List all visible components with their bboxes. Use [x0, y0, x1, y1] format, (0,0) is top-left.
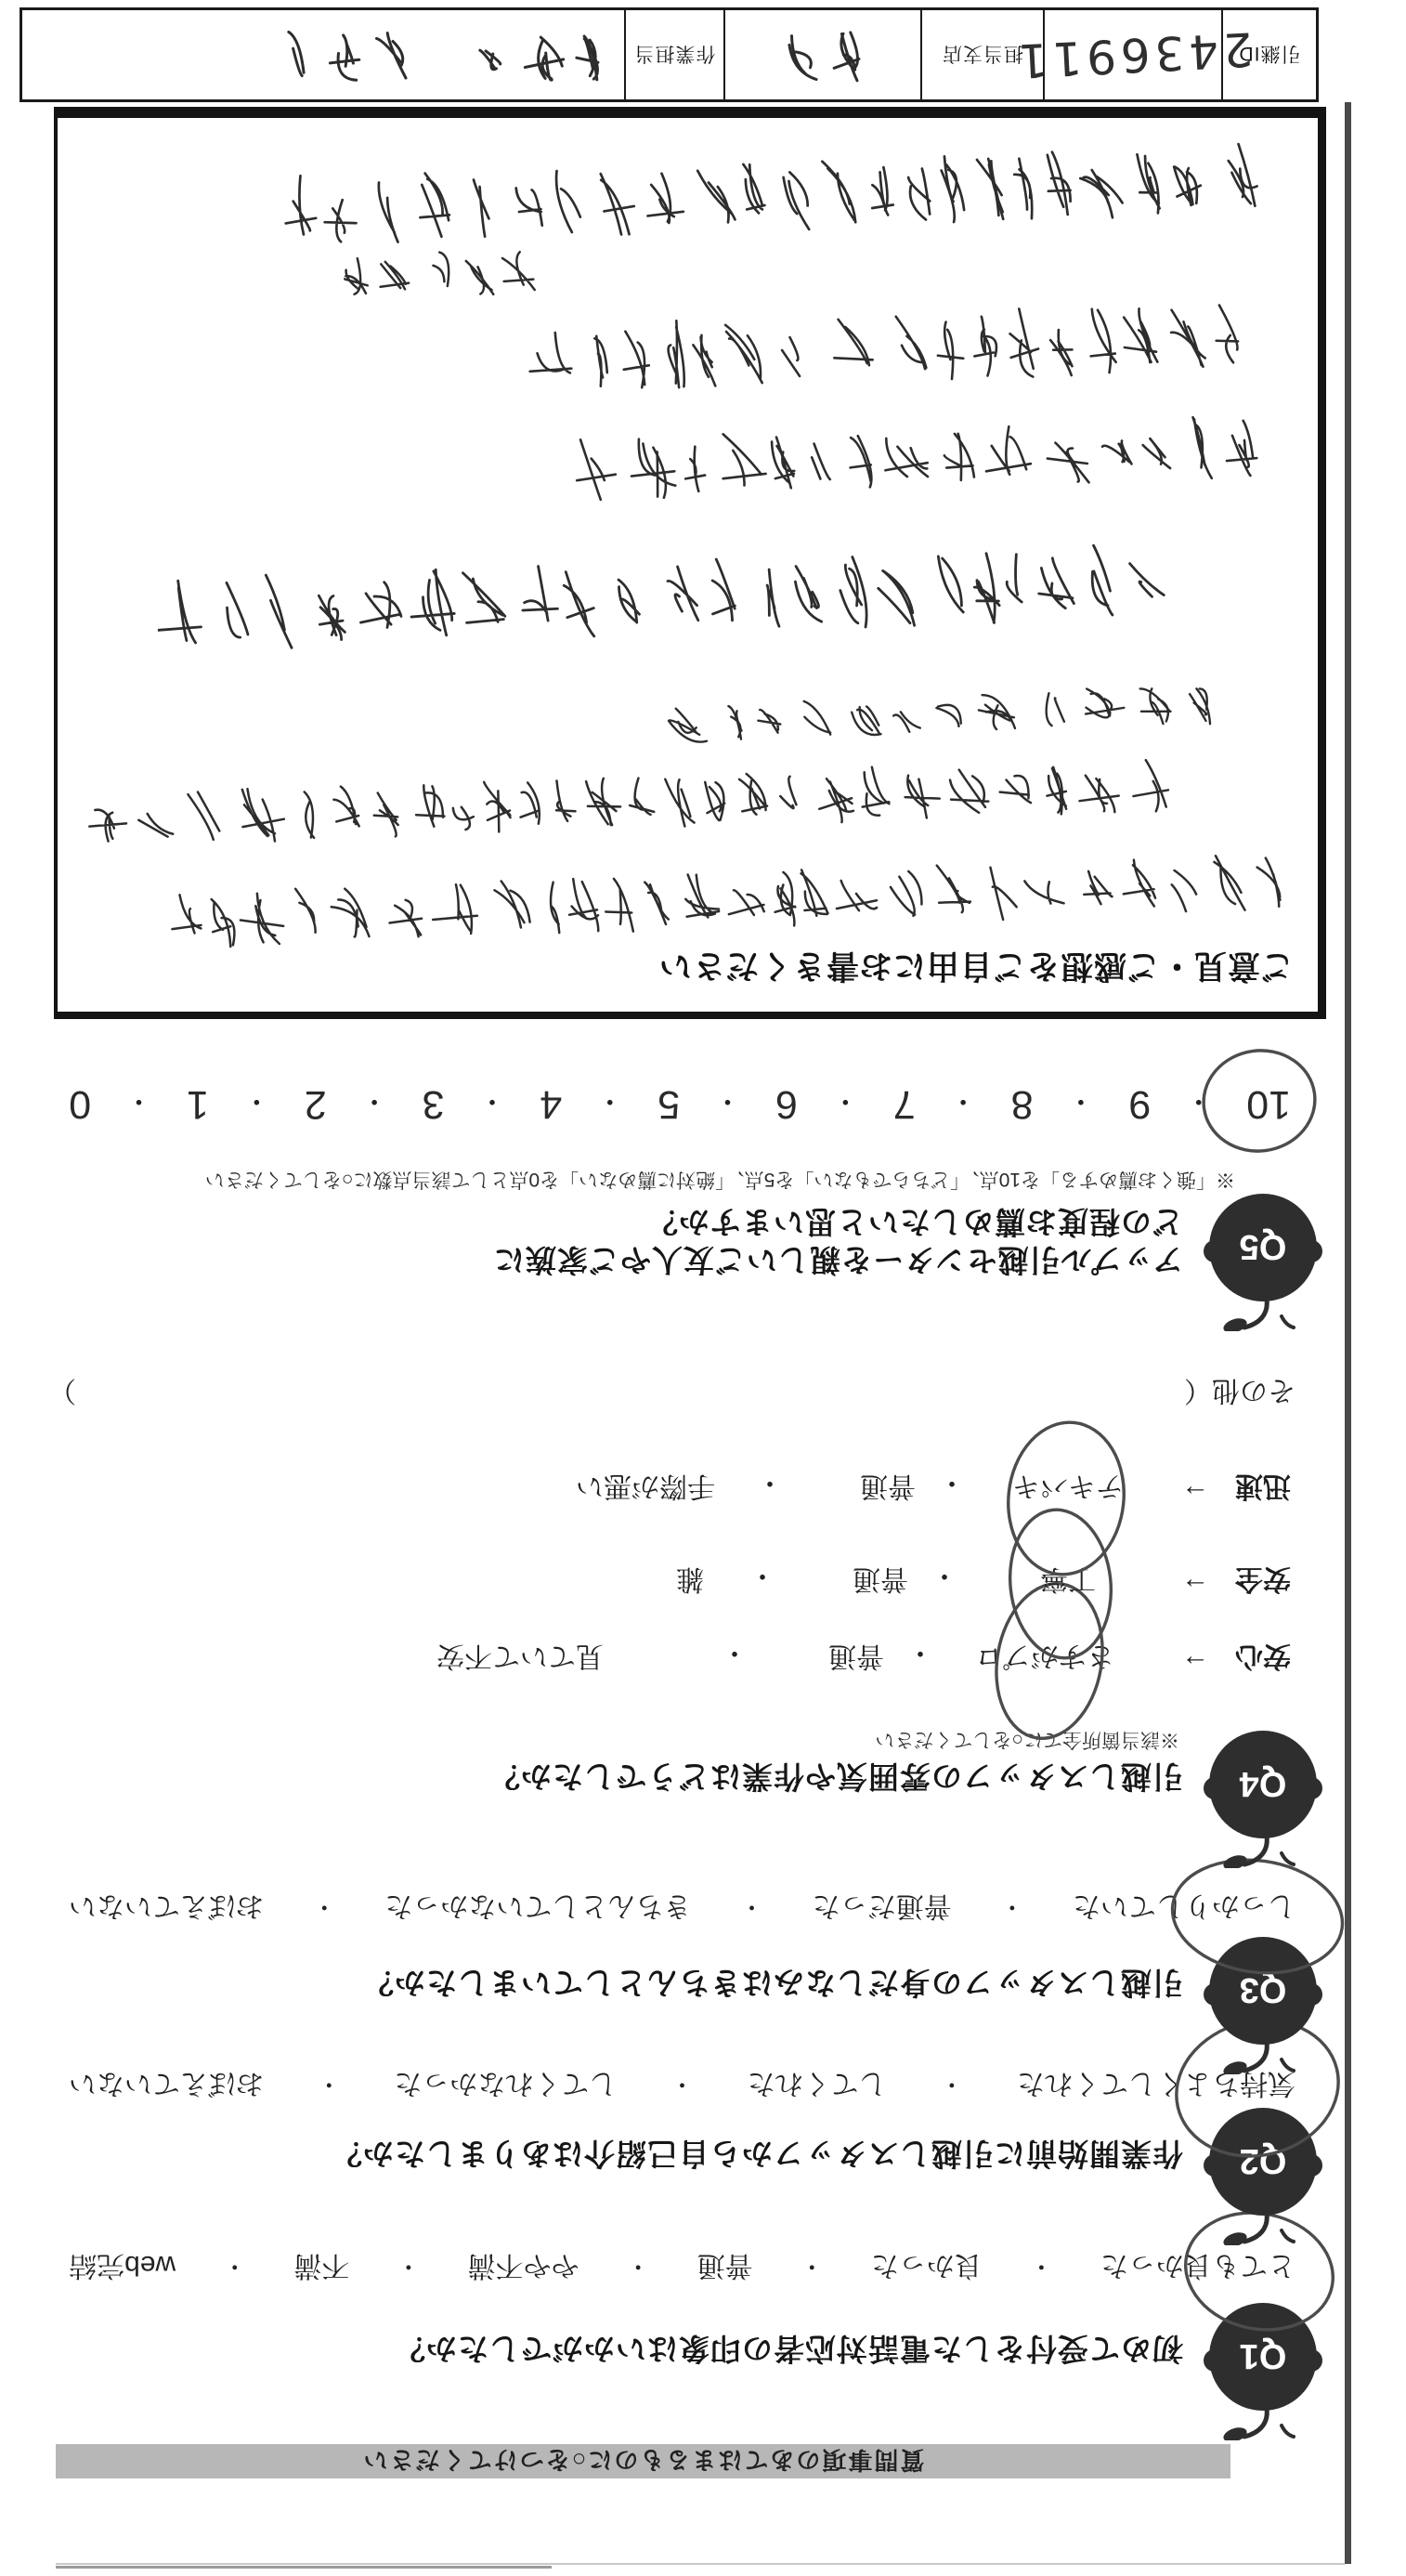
arrow-icon: → — [1181, 1648, 1209, 1680]
scale-value: 4 — [540, 1081, 562, 1127]
option-separator: ・ — [223, 2252, 247, 2286]
branch-label: 担当支店 — [942, 41, 1023, 69]
option-separator: ・ — [800, 2252, 824, 2286]
scale-separator: ・ — [125, 1084, 153, 1125]
scale-value: 3 — [423, 1081, 445, 1127]
option-separator: ・ — [1000, 1892, 1024, 1927]
q5-badge-label: Q5 — [1240, 1227, 1287, 1266]
comment-box-header: ご意見・ご感想をご自由にお書きください — [658, 945, 1294, 991]
branch-handwritten-value — [781, 18, 865, 93]
q3-option: 普通だった — [813, 1889, 952, 1929]
q4-row2-option: 雑 — [676, 1562, 704, 1602]
option-separator: ・ — [1029, 2252, 1053, 2286]
staff-table-value-branch — [723, 10, 920, 99]
arrow-icon: → — [1181, 1571, 1209, 1602]
sprout-icon — [1244, 2409, 1267, 2437]
scale-separator: ・ — [949, 1084, 977, 1125]
scale-separator: ・ — [831, 1084, 859, 1125]
option-separator: ・ — [906, 1635, 934, 1676]
scale-separator: ・ — [1185, 1084, 1213, 1125]
q3-option: おぼえていない — [69, 1889, 264, 1929]
worker-label: 作業担当 — [634, 41, 716, 69]
q2-badge: Q2 — [1202, 2106, 1324, 2245]
instruction-bar: 質問事項のあてはまるものに○をつけてください — [56, 2444, 1230, 2478]
handover-id-handwritten-value: 2436911 — [1012, 21, 1254, 87]
scale-value: 8 — [1011, 1081, 1034, 1127]
option-separator: ・ — [721, 1635, 749, 1676]
q4-row3-option: 手際が悪い — [576, 1469, 715, 1510]
sprout-icon — [1244, 2214, 1267, 2242]
q4-row2-option: 丁寧 — [1040, 1562, 1096, 1602]
scale-separator: ・ — [596, 1084, 624, 1125]
option-separator: ・ — [756, 1465, 784, 1506]
q5-note: ※「強くお薦めする」を10点、「どちらでもない」を5点、「絶対に薦めない」を0点… — [205, 1167, 1235, 1195]
instruction-bar-text: 質問事項のあてはまるものに○をつけてください — [362, 2444, 925, 2478]
q2-option: してくれなかった — [394, 2066, 617, 2107]
q4-other-label: その他（ — [1184, 1373, 1295, 1414]
q1-option: やや不満 — [467, 2248, 579, 2289]
q4-badge-label: Q4 — [1240, 1764, 1287, 1803]
q2-title: 作業開始前に引越しスタッフから自己紹介はありましたか？ — [331, 2134, 1183, 2177]
q1-option: とても良かった — [1100, 2248, 1295, 2289]
q5-title-line1: アップル引越センターを親しいご友人やご家族に — [493, 1240, 1183, 1284]
q4-note: ※該当箇所全てに○をしてください — [875, 1727, 1179, 1755]
scale-value: 0 — [69, 1081, 91, 1127]
sprout-icon — [1244, 2043, 1267, 2071]
scale-separator: ・ — [242, 1084, 270, 1125]
q1-option: 普通 — [697, 2248, 753, 2289]
scale-value: 9 — [1128, 1081, 1151, 1127]
scale-value: 2 — [305, 1081, 327, 1127]
q3-options-row: しっかりしていた・ 普通だった・ きちんとしていなかった・ おぼえていない — [69, 1889, 1295, 1929]
q4-row1-option: さすがプロ — [975, 1639, 1114, 1680]
sprout-icon — [1244, 1837, 1267, 1864]
q4-row3-option: 普通 — [860, 1469, 916, 1510]
q3-badge: Q3 — [1202, 1935, 1324, 2074]
q4-badge: Q4 — [1202, 1729, 1324, 1868]
worker-handwritten-name-1 — [446, 22, 604, 88]
page-edge-shadow-top — [56, 2563, 1345, 2565]
staff-table: 引継ID 2436911 担当支店 作業担当 — [20, 7, 1319, 102]
q1-options-row: とても良かった・ 良かった・ 普通・ やや不満・ 不満・ web完結 — [69, 2248, 1295, 2289]
q4-row1-option: 普通 — [828, 1639, 884, 1680]
scale-value: 10 — [1246, 1081, 1291, 1127]
option-separator: ・ — [626, 2252, 650, 2286]
option-separator: ・ — [940, 2070, 964, 2104]
scale-value: 6 — [775, 1081, 798, 1127]
q1-option: 不満 — [293, 2248, 349, 2289]
option-separator: ・ — [749, 1558, 776, 1599]
option-separator: ・ — [397, 2252, 421, 2286]
q3-badge-label: Q3 — [1240, 1970, 1287, 2009]
q1-option: web完結 — [69, 2248, 176, 2289]
q4-row3-label: 迅速 — [1235, 1469, 1291, 1510]
page-corner-shadow — [56, 2566, 552, 2569]
survey-sheet-rotated-180: 質問事項のあてはまるものに○をつけてください Q1 初めて受付をした電話対応者の… — [0, 0, 1406, 2576]
staff-table-label-worker: 作業担当 — [624, 10, 723, 99]
q3-title: 引越しスタッフの身だしなみはきちんとしていましたか？ — [362, 1963, 1183, 2007]
q1-badge: Q1 — [1202, 2301, 1324, 2440]
option-separator: ・ — [317, 2070, 341, 2104]
option-separator: ・ — [312, 1892, 336, 1927]
q2-option: おぼえていない — [69, 2066, 264, 2107]
arrow-icon: → — [1181, 1478, 1209, 1510]
q2-badge-label: Q2 — [1240, 2141, 1287, 2180]
staff-table-label-branch: 担当支店 — [920, 10, 1043, 99]
page-edge-shadow-left — [1345, 102, 1351, 2564]
scale-value: 5 — [657, 1081, 680, 1127]
q5-title-line2: どの程度お薦めしたいと思いますか？ — [646, 1202, 1183, 1246]
q4-title: 引越しスタッフの雰囲気や作業はどうでしたか？ — [488, 1757, 1183, 1800]
scale-separator: ・ — [360, 1084, 388, 1125]
staff-table-value-worker — [22, 10, 624, 99]
q2-options-row: 気持ちよくしてくれた・ してくれた・ してくれなかった・ おぼえていない — [69, 2066, 1295, 2107]
q1-option: 良かった — [871, 2248, 983, 2289]
q3-option: きちんとしていなかった — [384, 1889, 691, 1929]
worker-handwritten-name-2 — [262, 22, 420, 88]
option-separator: ・ — [670, 2070, 695, 2104]
q5-badge: Q5 — [1202, 1192, 1324, 1331]
q1-badge-label: Q1 — [1240, 2336, 1287, 2375]
q4-row2-option: 普通 — [853, 1562, 908, 1602]
q4-row3-option: テキパキ — [1012, 1469, 1124, 1510]
q2-option: してくれた — [748, 2066, 887, 2107]
q4-row1-option: 見ていて不安 — [436, 1639, 604, 1680]
scale-value: 1 — [187, 1081, 209, 1127]
q4-other-close-paren: ） — [48, 1373, 76, 1414]
q4-row1-label: 安心 — [1235, 1639, 1291, 1680]
q1-title: 初めて受付をした電話対応者の印象はいかがでしたか？ — [394, 2329, 1183, 2373]
scale-separator: ・ — [1067, 1084, 1095, 1125]
option-separator: ・ — [740, 1892, 764, 1927]
scale-separator: ・ — [478, 1084, 506, 1125]
staff-table-value-handover-id: 2436911 — [1043, 10, 1221, 99]
option-separator: ・ — [931, 1558, 958, 1599]
option-separator: ・ — [938, 1465, 966, 1506]
scale-separator: ・ — [714, 1084, 742, 1125]
q5-score-scale: 10・ 9・ 8・ 7・ 6・ 5・ 4・ 3・ 2・ 1・ 0 — [69, 1081, 1291, 1127]
scale-value: 7 — [893, 1081, 916, 1127]
q3-option: しっかりしていた — [1073, 1889, 1295, 1929]
q4-row2-label: 安全 — [1235, 1562, 1291, 1602]
sprout-icon — [1244, 1300, 1267, 1327]
scanned-survey-page: 質問事項のあてはまるものに○をつけてください Q1 初めて受付をした電話対応者の… — [0, 0, 1406, 2576]
